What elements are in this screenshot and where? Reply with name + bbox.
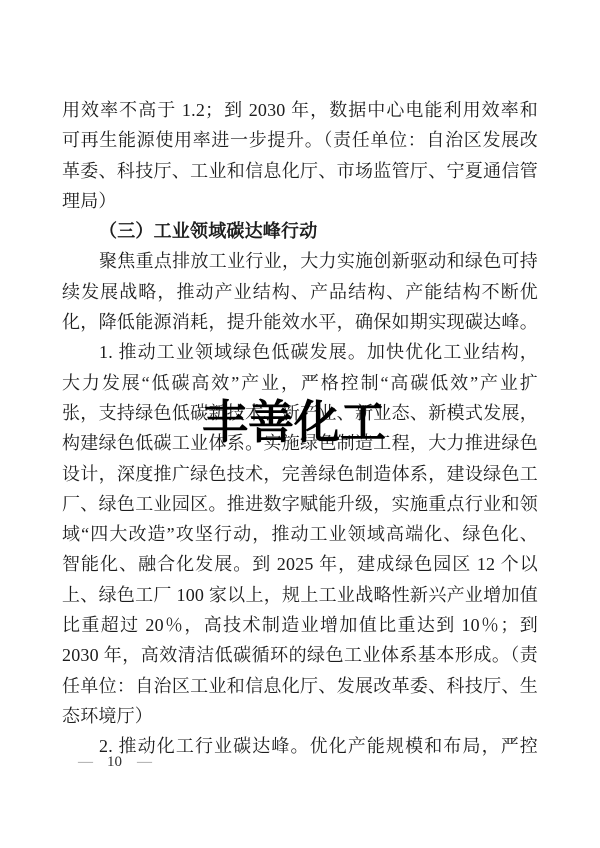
text-line: 2030 年，高效清洁低碳循环的绿色工业体系基本形成。（责: [62, 640, 538, 670]
text-line: 续发展战略，推动产业结构、产品结构、产能结构不断优: [62, 277, 538, 307]
text-line: 设计，深度推广绿色技术，完善绿色制造体系，建设绿色工: [62, 459, 538, 489]
text-line: 化，降低能源消耗，提升能效水平，确保如期实现碳达峰。: [62, 307, 538, 337]
text-line: 可再生能源使用率进一步提升。（责任单位：自治区发展改: [62, 125, 538, 155]
text-line: 任单位：自治区工业和信息化厅、发展改革委、科技厅、生: [62, 671, 538, 701]
footer-dash-right: —: [137, 754, 151, 770]
page-number: 10: [107, 754, 122, 770]
text-line: （三）工业领域碳达峰行动: [62, 216, 538, 246]
watermark-text: 丰善化工: [202, 399, 386, 445]
document-page: 用效率不高于 1.2；到 2030 年，数据中心电能利用效率和可再生能源使用率进…: [0, 0, 600, 848]
text-line: 大力发展“低碳高效”产业，严格控制“高碳低效”产业扩: [62, 368, 538, 398]
text-line: 理局）: [62, 186, 538, 216]
text-line: 态环境厅）: [62, 701, 538, 731]
text-line: 聚焦重点排放工业行业，大力实施创新驱动和绿色可持: [62, 246, 538, 276]
text-line: 上、绿色工厂 100 家以上，规上工业战略性新兴产业增加值: [62, 580, 538, 610]
text-line: 智能化、融合化发展。到 2025 年，建成绿色园区 12 个以: [62, 549, 538, 579]
text-line: 用效率不高于 1.2；到 2030 年，数据中心电能利用效率和: [62, 95, 538, 125]
text-line: 革委、科技厅、工业和信息化厅、市场监管厅、宁夏通信管: [62, 156, 538, 186]
text-line: 厂、绿色工业园区。推进数字赋能升级，实施重点行业和领: [62, 489, 538, 519]
text-line: 比重超过 20％，高技术制造业增加值比重达到 10％；到: [62, 610, 538, 640]
footer-dash-left: —: [78, 754, 92, 770]
text-line: 1. 推动工业领域绿色低碳发展。加快优化工业结构，: [62, 337, 538, 367]
page-footer: —10—: [78, 753, 151, 771]
text-line: 域“四大改造”攻坚行动，推动工业领域高端化、绿色化、: [62, 519, 538, 549]
